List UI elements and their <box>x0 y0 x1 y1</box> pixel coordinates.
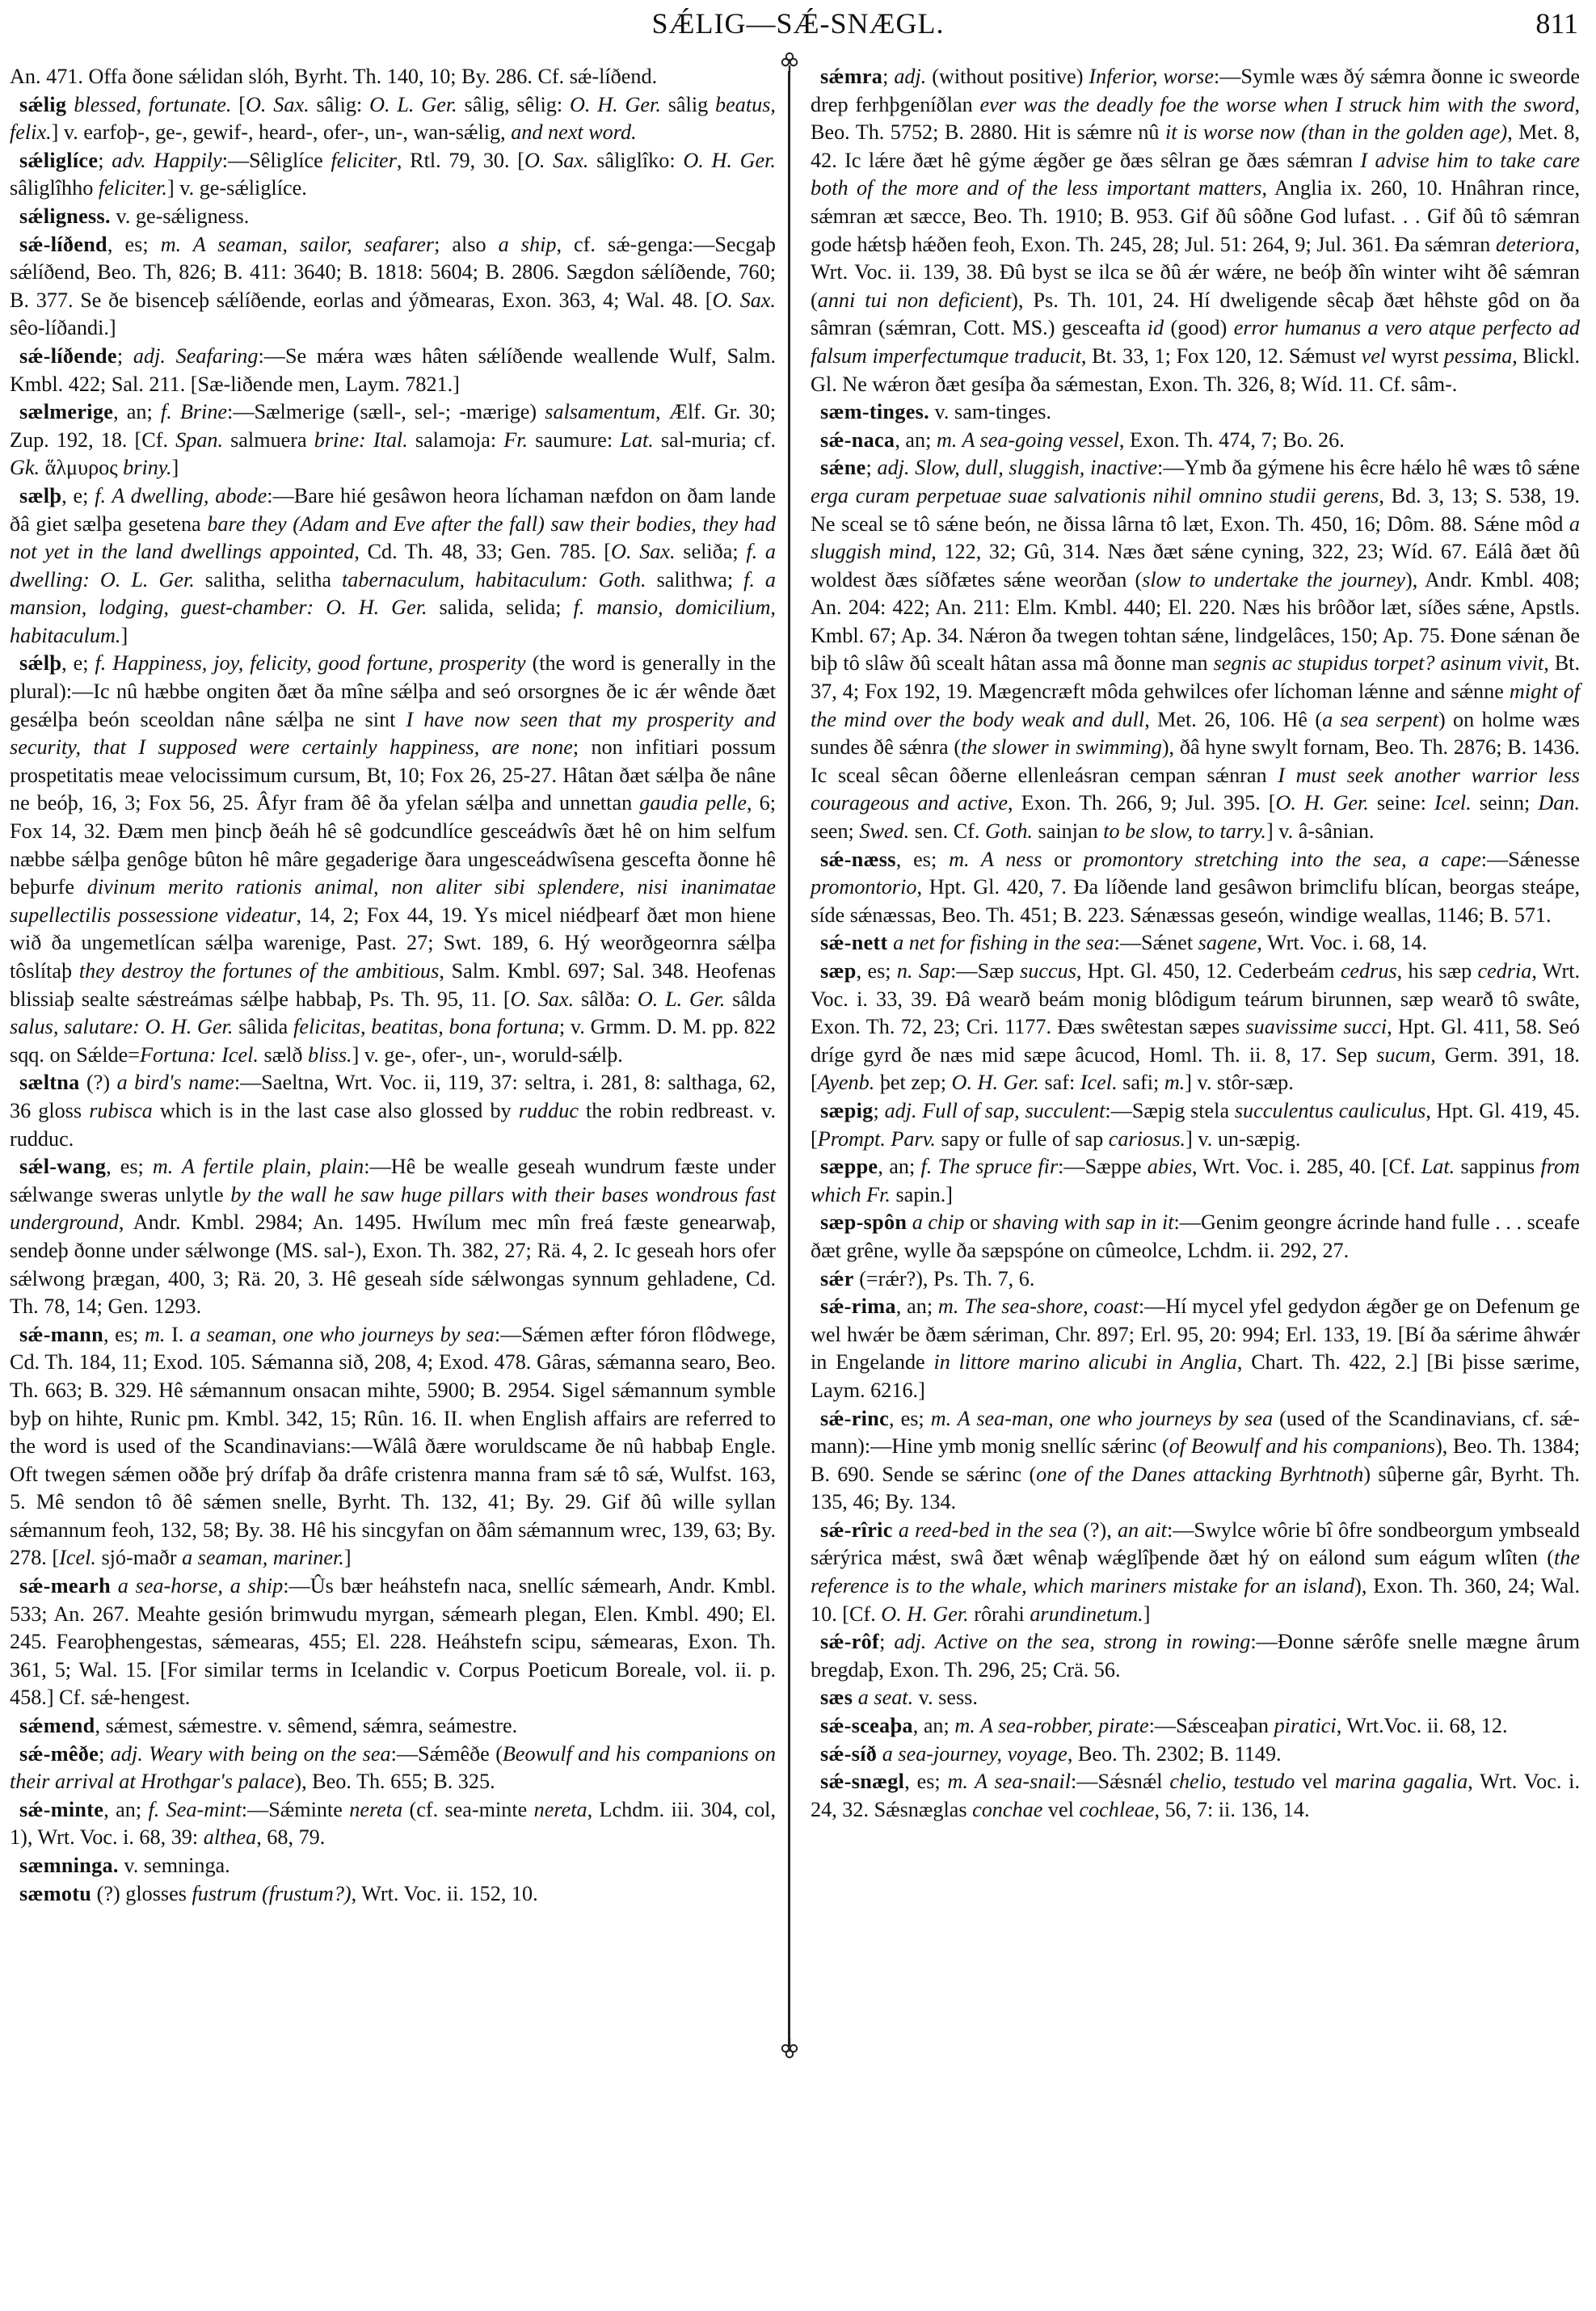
italic-gloss: sagene <box>1198 931 1257 954</box>
italic-gloss: m. A seaman, sailor, seafarer <box>161 233 434 256</box>
entry-text: ] v. un-sæpig. <box>1185 1127 1300 1151</box>
italic-gloss: a seaman, mariner. <box>182 1546 344 1569</box>
entry-text: :—Sælmerige (sæll-, sel-; -mærige) <box>227 400 545 423</box>
dictionary-entry: sæmotu (?) glosses fustrum (frustum?), W… <box>10 1880 776 1909</box>
entry-text: sâliglîko: <box>588 149 683 172</box>
italic-gloss: cedrus <box>1341 959 1397 983</box>
italic-gloss: a chip <box>912 1210 965 1234</box>
entry-text: ] <box>1143 1602 1151 1626</box>
entry-text: v. sess. <box>913 1686 978 1709</box>
italic-gloss: O. Sax. <box>524 149 589 172</box>
entry-text: sâlða: <box>574 987 638 1011</box>
entry-text: :—Sæpig stela <box>1105 1099 1234 1122</box>
dictionary-entry: sǽ-mêðe; adj. Weary with being on the se… <box>10 1741 776 1796</box>
italic-gloss: O. Sax. <box>712 288 776 312</box>
italic-gloss: they destroy the fortunes of the ambitio… <box>79 959 440 983</box>
italic-gloss: O. H. Ger. <box>570 93 661 116</box>
italic-gloss: f. Sea-mint <box>148 1798 241 1821</box>
italic-gloss: promontorio <box>811 875 916 899</box>
dictionary-entry: sæp, es; n. Sap:—Sæp succus, Hpt. Gl. 45… <box>811 958 1580 1097</box>
entry-text: , Wrt.Voc. ii. 68, 12. <box>1337 1714 1508 1737</box>
headword: sǽl-wang <box>19 1155 106 1178</box>
entry-text: ; <box>866 456 878 479</box>
headword: sǽ-mearh <box>19 1574 111 1597</box>
italic-gloss: O. Sax. <box>611 540 676 563</box>
right-column: sǽmra; adj. (without positive) Inferior,… <box>811 63 1580 1824</box>
page-number: 811 <box>1535 6 1578 40</box>
dictionary-entry: sǽ-líðend, es; m. A seaman, sailor, seaf… <box>10 231 776 343</box>
italic-gloss: O. L. Ger. <box>638 987 726 1011</box>
dictionary-entry: sǽ-líðende; adj. Seafaring:—Se mǽra wæs … <box>10 343 776 398</box>
entry-text: or <box>965 1210 993 1234</box>
entry-text: ] v. ge-sǽliglíce. <box>167 176 307 200</box>
entry-text: :—Sǽmen æfter fóron flôdwege, Cd. Th. 18… <box>10 1323 776 1570</box>
entry-text: , es; <box>107 233 161 256</box>
entry-text: ; <box>879 1630 894 1653</box>
headword: sǽne <box>820 456 866 479</box>
italic-gloss: m. A sea-snail <box>947 1770 1071 1793</box>
italic-gloss: chelio, testudo <box>1169 1770 1295 1793</box>
entry-text: sen. Cf. <box>909 819 985 843</box>
entry-text: salitha, selitha <box>195 568 342 591</box>
entry-text: , e; <box>61 484 95 507</box>
italic-gloss: a sea-journey, voyage <box>882 1742 1068 1766</box>
italic-gloss: adj. Full of sap, succulent <box>885 1099 1105 1122</box>
headword: sǽ-rima <box>820 1294 896 1318</box>
italic-gloss: f. The spruce fir <box>921 1155 1059 1178</box>
italic-gloss: nereta <box>349 1798 402 1821</box>
italic-gloss: bliss. <box>308 1043 352 1067</box>
italic-gloss: O. H. Ger. <box>952 1071 1039 1094</box>
italic-gloss: a sea-horse, a ship <box>118 1574 284 1597</box>
italic-gloss: id <box>1148 316 1164 339</box>
dictionary-entry: sǽr (=rǽr?), Ps. Th. 7, 6. <box>811 1265 1580 1294</box>
headword: sǽ-snægl <box>820 1770 904 1793</box>
italic-gloss: adj. <box>894 65 926 88</box>
entry-text: sâlig, sêlig: <box>457 93 570 116</box>
entry-text: ] v. â-sânian. <box>1266 819 1375 843</box>
entry-text <box>111 1574 118 1597</box>
entry-text: , es; <box>857 959 897 983</box>
entry-text: , Bt. 33, 1; Fox 120, 12. Sǽmust <box>1081 344 1362 368</box>
entry-text: (=rǽr?), Ps. Th. 7, 6. <box>854 1267 1035 1290</box>
italic-gloss: blessed, fortunate. <box>74 93 231 116</box>
headword: sǽ-mêðe <box>19 1742 99 1766</box>
dictionary-entry: sǽliglíce; adv. Happily:—Sêliglíce felic… <box>10 147 776 203</box>
italic-gloss: deteriora <box>1496 233 1574 256</box>
italic-gloss: adj. Seafaring <box>133 344 259 368</box>
entry-text: , Hpt. Gl. 420, 7. Ða líðende land gesâw… <box>811 875 1580 927</box>
entry-text: salida, selida; <box>427 596 574 619</box>
italic-gloss: m. <box>1164 1071 1185 1094</box>
headword: sǽliglíce <box>19 149 98 172</box>
headword: sǽlþ <box>19 651 61 675</box>
entry-text: seliða; <box>676 540 747 563</box>
italic-gloss: vel <box>1362 344 1387 368</box>
headword: sǽ-síð <box>820 1742 877 1766</box>
entry-text: which is in the last case also glossed b… <box>153 1099 519 1122</box>
dictionary-entry: sǽne; adj. Slow, dull, sluggish, inactiv… <box>811 454 1580 845</box>
italic-gloss: an ait <box>1118 1518 1167 1542</box>
italic-gloss: Icel. <box>59 1546 96 1569</box>
dictionary-entry: sǽlþ, e; f. Happiness, joy, felicity, go… <box>10 650 776 1069</box>
entry-text: :—Sǽsnǽl <box>1071 1770 1169 1793</box>
entry-text: :—Sǽmêðe ( <box>391 1742 503 1766</box>
italic-gloss: m. A sea-robber, pirate <box>954 1714 1148 1737</box>
italic-gloss: a ship <box>499 233 557 256</box>
entry-text: , Wrt. Voc. i. 285, 40. [Cf. <box>1192 1155 1421 1178</box>
entry-text: salamoja: <box>408 428 504 452</box>
italic-gloss: felicitas, beatitas, bona fortuna <box>293 1015 559 1038</box>
entry-text: , his sæp <box>1397 959 1478 983</box>
italic-gloss: briny. <box>123 456 171 479</box>
italic-gloss: succulentus cauliculus <box>1235 1099 1426 1122</box>
dictionary-entry: An. 471. Offa ðone sǽlidan slóh, Byrht. … <box>10 63 776 91</box>
headword: sǽlig <box>19 93 74 116</box>
italic-gloss: shaving with sap in it <box>992 1210 1173 1234</box>
dictionary-entry: sæs a seat. v. sess. <box>811 1684 1580 1712</box>
italic-gloss: a bird's name <box>117 1071 234 1094</box>
italic-gloss: Gk. <box>10 456 40 479</box>
headword: sælþ <box>19 484 61 507</box>
entry-text: , Cd. Th. 48, 33; Gen. 785. [ <box>354 540 611 563</box>
italic-gloss: salsamentum <box>545 400 655 423</box>
entry-text: , Beo. Th. 2302; B. 1149. <box>1068 1742 1282 1766</box>
left-column: An. 471. Offa ðone sǽlidan slóh, Byrht. … <box>10 63 776 1908</box>
italic-gloss: sucum <box>1376 1043 1430 1067</box>
dictionary-entry: sǽ-mearh a sea-horse, a ship:—Ûs bær heá… <box>10 1572 776 1712</box>
headword: sæppe <box>820 1155 878 1178</box>
entry-text: seine: <box>1369 791 1434 815</box>
entry-text: salithwa; <box>646 568 744 591</box>
headword: sæp <box>820 959 857 983</box>
italic-gloss: n. Sap <box>897 959 950 983</box>
headword: sæp-spôn <box>820 1210 907 1234</box>
italic-gloss: marina gagalia <box>1335 1770 1468 1793</box>
headword: sæs <box>820 1686 853 1709</box>
entry-text: , an; <box>113 400 161 423</box>
entry-text: saumure: <box>528 428 620 452</box>
italic-gloss: a seaman, one who journeys by sea <box>190 1323 495 1346</box>
entry-text: , es; <box>889 1407 931 1430</box>
entry-text: , an; <box>895 428 937 452</box>
italic-gloss: anni tui non deficient <box>818 288 1012 312</box>
headword: sǽligness. <box>19 204 111 228</box>
headword: sæltna <box>19 1071 80 1094</box>
italic-gloss: cedria <box>1478 959 1532 983</box>
entry-text: , Rtl. 79, 30. [ <box>397 149 524 172</box>
entry-text: ; <box>117 344 133 368</box>
entry-text: ] <box>120 624 128 647</box>
entry-text: :—Sǽminte <box>242 1798 349 1821</box>
running-head-title: SǼLIG—SǼ-SNÆGL. <box>0 6 1596 40</box>
italic-gloss: m. A fertile plain, plain <box>153 1155 364 1178</box>
headword: sǽr <box>820 1267 854 1290</box>
headword: sǽ-næss <box>820 848 896 871</box>
italic-gloss: piratici <box>1274 1714 1337 1737</box>
dictionary-entry: sǽmend, sǽmest, sǽmestre. v. sêmend, sǽm… <box>10 1712 776 1741</box>
entry-text: , an; <box>913 1714 955 1737</box>
italic-gloss: to be slow, to tarry. <box>1103 819 1266 843</box>
entry-text: , sǽmest, sǽmestre. v. sêmend, sǽmra, se… <box>95 1714 517 1737</box>
italic-gloss: abies <box>1148 1155 1192 1178</box>
entry-text: v. sam-tinges. <box>929 400 1051 423</box>
italic-gloss: in littore marino alicubi in Anglia <box>933 1350 1236 1374</box>
headword: sǽ-líðend <box>19 233 107 256</box>
entry-text: ; <box>99 1742 111 1766</box>
entry-text: (cf. sea-minte <box>402 1798 533 1821</box>
entry-text: :—Sǽnesse <box>1481 848 1580 871</box>
italic-gloss: f. Happiness, joy, felicity, good fortun… <box>95 651 525 675</box>
italic-gloss: f. Brine <box>161 400 227 423</box>
headword: sǽ-rîric <box>820 1518 893 1542</box>
italic-gloss: m. The sea-shore, coast <box>938 1294 1139 1318</box>
headword: sæmninga. <box>19 1854 119 1877</box>
dictionary-entry: sælmerige, an; f. Brine:—Sælmerige (sæll… <box>10 398 776 482</box>
entry-text: , Exon. Th. 474, 7; Bo. 26. <box>1119 428 1345 452</box>
entry-text: ] v. earfoþ-, ge-, gewif-, heard-, ofer-… <box>52 120 512 144</box>
entry-text: ; <box>874 1099 885 1122</box>
entry-text: :—Ymb ða gýmene his êcre hǽlo hê wæs tô … <box>1157 456 1580 479</box>
dictionary-entry: sǽ-rôf; adj. Active on the sea, strong i… <box>811 1628 1580 1684</box>
italic-gloss: feliciter. <box>99 176 167 200</box>
entry-text: sappinus <box>1455 1155 1540 1178</box>
italic-gloss: Span. <box>175 428 223 452</box>
italic-gloss: ever was the deadly foe the worse when I… <box>980 93 1575 116</box>
italic-gloss: tabernaculum, habitaculum: Goth. <box>342 568 646 591</box>
headword: sǽ-líðende <box>19 344 117 368</box>
italic-gloss: f. A dwelling, abode <box>95 484 267 507</box>
entry-text: sainjan <box>1033 819 1103 843</box>
italic-gloss: rubisca <box>89 1099 153 1122</box>
italic-gloss: althea <box>204 1825 256 1849</box>
italic-gloss: m. A ness <box>949 848 1042 871</box>
column-divider-rule <box>788 71 790 2047</box>
entry-text: v. ge-sǽligness. <box>111 204 249 228</box>
entry-text: v. semninga. <box>119 1854 230 1877</box>
italic-gloss: Icel. <box>1080 1071 1118 1094</box>
entry-text: sjó-maðr <box>96 1546 182 1569</box>
headword: sǽmra <box>820 65 882 88</box>
entry-text: þet zep; <box>874 1071 951 1094</box>
trefoil-ornament-icon <box>779 2038 800 2059</box>
italic-gloss: m. A sea-man, one who journeys by sea <box>931 1407 1273 1430</box>
italic-gloss: a sea serpent <box>1322 708 1438 731</box>
italic-gloss: arundinetum. <box>1030 1602 1143 1626</box>
entry-text: , Hpt. Gl. 450, 12. Cederbeám <box>1076 959 1341 983</box>
entry-text: , 68, 79. <box>256 1825 325 1849</box>
italic-gloss: the slower in swimming <box>961 735 1162 759</box>
italic-gloss: brine: Ital. <box>314 428 408 452</box>
italic-gloss: O. H. Ger. <box>683 149 776 172</box>
italic-gloss: m. <box>145 1323 165 1346</box>
entry-text: safi; <box>1118 1071 1164 1094</box>
entry-text: rôrahi <box>969 1602 1030 1626</box>
entry-text: I. <box>165 1323 190 1346</box>
italic-gloss: a net for fishing in the sea <box>893 931 1114 954</box>
entry-text: or <box>1042 848 1083 871</box>
entry-text: sâlig <box>661 93 715 116</box>
entry-text: saf: <box>1039 1071 1080 1094</box>
italic-gloss: Goth. <box>985 819 1033 843</box>
italic-gloss: O. Sax. <box>511 987 575 1011</box>
entry-text: , an; <box>896 1294 938 1318</box>
italic-gloss: cochleae <box>1079 1798 1154 1821</box>
entry-text: :—Sæp <box>950 959 1020 983</box>
italic-gloss: pessima <box>1444 344 1512 368</box>
dictionary-entry: sǽ-nett a net for fishing in the sea:—Sǽ… <box>811 929 1580 958</box>
italic-gloss: adv. Happily <box>112 149 221 172</box>
italic-gloss: slow to undertake the journey <box>1142 568 1405 591</box>
headword: sǽ-minte <box>19 1798 103 1821</box>
entry-text: , Wrt. Voc. ii. 152, 10. <box>352 1882 538 1905</box>
entry-text: [ <box>231 93 246 116</box>
entry-text: (?) <box>80 1071 117 1094</box>
entry-text: :—Sêliglíce <box>222 149 331 172</box>
dictionary-entry: sǽ-mann, es; m. I. a seaman, one who jou… <box>10 1321 776 1572</box>
entry-text: sâlida <box>233 1015 293 1038</box>
entry-text: ), Beo. Th. 655; B. 325. <box>294 1770 495 1793</box>
headword: sæmotu <box>19 1882 91 1905</box>
italic-gloss: O. L. Ger. <box>369 93 457 116</box>
entry-text: ; <box>882 65 894 88</box>
dictionary-entry: sǽligness. v. ge-sǽligness. <box>10 203 776 231</box>
italic-gloss: fustrum (frustum?) <box>192 1882 351 1905</box>
dictionary-entry: sǽ-naca, an; m. A sea-going vessel, Exon… <box>811 427 1580 455</box>
entry-text: sêo-líðandi.] <box>10 316 116 339</box>
dictionary-entry: sælþ, e; f. A dwelling, abode:—Bare hié … <box>10 482 776 650</box>
entry-text: salmuera <box>223 428 314 452</box>
entry-text: (good) <box>1164 316 1234 339</box>
entry-text: sapin.] <box>891 1183 953 1206</box>
italic-gloss: erga curam perpetuae suae salvationis ni… <box>811 484 1379 507</box>
headword: sǽ-rinc <box>820 1407 889 1430</box>
headword: sǽ-nett <box>820 931 888 954</box>
dictionary-entry: sǽlig blessed, fortunate. [O. Sax. sâlig… <box>10 91 776 147</box>
italic-gloss: suavissime succi <box>1245 1015 1387 1038</box>
entry-text: , es; <box>103 1323 145 1346</box>
italic-gloss: cariosus. <box>1109 1127 1185 1151</box>
italic-gloss: adj. Slow, dull, sluggish, inactive <box>878 456 1157 479</box>
italic-gloss: salus, salutare: O. H. Ger. <box>10 1015 233 1038</box>
italic-gloss: segnis ac stupidus torpet? asinum vivit <box>1214 651 1544 675</box>
dictionary-entry: sǽ-rîric a reed-bed in the sea (?), an a… <box>811 1517 1580 1628</box>
page-header: SǼLIG—SǼ-SNÆGL. 811 <box>0 0 1596 48</box>
italic-gloss: O. Sax. <box>246 93 310 116</box>
italic-gloss: O. H. Ger. <box>1276 791 1369 815</box>
italic-gloss: a reed-bed in the sea <box>899 1518 1077 1542</box>
entry-text: sal-muria; cf. <box>654 428 776 452</box>
headword: sǽ-sceaþa <box>820 1714 913 1737</box>
headword: sæm-tinges. <box>820 400 929 423</box>
italic-gloss: nereta <box>534 1798 587 1821</box>
entry-text: , es; <box>106 1155 153 1178</box>
entry-text: sâlda <box>725 987 776 1011</box>
italic-gloss: feliciter <box>331 149 396 172</box>
italic-gloss: of Beowulf and his companions <box>1169 1434 1435 1458</box>
dictionary-entry: sæltna (?) a bird's name:—Saeltna, Wrt. … <box>10 1069 776 1153</box>
entry-text: , es; <box>904 1770 947 1793</box>
entry-text: :—Sǽsceaþan <box>1149 1714 1274 1737</box>
italic-gloss: Fr. <box>503 428 528 452</box>
dictionary-entry: sæp-spôn a chip or shaving with sap in i… <box>811 1209 1580 1265</box>
headword: sæpig <box>820 1099 874 1122</box>
italic-gloss: conchae <box>972 1798 1042 1821</box>
dictionary-entry: sǽ-rinc, es; m. A sea-man, one who journ… <box>811 1405 1580 1517</box>
entry-text: sâlig: <box>310 93 369 116</box>
italic-gloss: a seat. <box>858 1686 913 1709</box>
italic-gloss: adj. Active on the sea, strong in rowing <box>894 1630 1250 1653</box>
italic-gloss: gaudia pelle <box>639 791 747 815</box>
dictionary-entry: sǽl-wang, es; m. A fertile plain, plain:… <box>10 1153 776 1321</box>
entry-text: , an; <box>878 1155 920 1178</box>
entry-text: :—Sǽnet <box>1114 931 1198 954</box>
italic-gloss: Lat. <box>1421 1155 1455 1178</box>
dictionary-entry: sæppe, an; f. The spruce fir:—Sæppe abie… <box>811 1153 1580 1209</box>
italic-gloss: it is worse now (than in the golden age) <box>1165 120 1507 144</box>
italic-gloss: Swed. <box>859 819 909 843</box>
dictionary-entry: sæmninga. v. semninga. <box>10 1852 776 1880</box>
italic-gloss: succus <box>1020 959 1076 983</box>
italic-gloss: promontory stretching into the sea, a ca… <box>1084 848 1481 871</box>
dictionary-entry: sǽmra; adj. (without positive) Inferior,… <box>811 63 1580 398</box>
dictionary-entry: sǽ-rima, an; m. The sea-shore, coast:—Hí… <box>811 1293 1580 1404</box>
entry-text: , Wrt. Voc. i. 68, 14. <box>1257 931 1427 954</box>
entry-text: (?), <box>1077 1518 1118 1542</box>
italic-gloss: Inferior, worse <box>1089 65 1214 88</box>
headword: sǽ-mann <box>19 1323 103 1346</box>
entry-text <box>893 1518 899 1542</box>
entry-text: ] <box>172 456 179 479</box>
entry-text: , e; <box>61 651 95 675</box>
entry-text: ] v. ge-, ofer-, un-, woruld-sǽlþ. <box>352 1043 623 1067</box>
entry-text: sapy or fulle of sap <box>936 1127 1109 1151</box>
italic-gloss: adj. Weary with being on the sea <box>111 1742 391 1766</box>
entry-text: , Andr. Kmbl. 2984; An. 1495. Hwílum mec… <box>10 1210 776 1318</box>
entry-text: sâliglîhho <box>10 176 99 200</box>
entry-text: An. 471. Offa ðone sǽlidan slóh, Byrht. … <box>10 65 657 88</box>
entry-text: , es; <box>896 848 949 871</box>
entry-text: ; also <box>434 233 499 256</box>
italic-gloss: Ayenb. <box>818 1071 875 1094</box>
dictionary-entry: sǽ-sceaþa, an; m. A sea-robber, pirate:—… <box>811 1712 1580 1741</box>
trefoil-ornament-icon <box>779 52 800 73</box>
italic-gloss: Fortuna: Icel. <box>140 1043 259 1067</box>
dictionary-entry: sæm-tinges. v. sam-tinges. <box>811 398 1580 427</box>
entry-text: (?) glosses <box>91 1882 192 1905</box>
entry-text: vel <box>1042 1798 1079 1821</box>
entry-text: (without positive) <box>926 65 1089 88</box>
entry-text: ] v. stôr-sæp. <box>1185 1071 1294 1094</box>
dictionary-entry: sǽ-næss, es; m. A ness or promontory str… <box>811 846 1580 930</box>
entry-text: , an; <box>103 1798 148 1821</box>
italic-gloss: rudduc <box>519 1099 579 1122</box>
headword: sǽ-naca <box>820 428 895 452</box>
entry-text: ; <box>98 149 112 172</box>
dictionary-entry: sǽ-minte, an; f. Sea-mint:—Sǽminte neret… <box>10 1796 776 1852</box>
italic-gloss: Lat. <box>620 428 653 452</box>
entry-text: ] <box>344 1546 352 1569</box>
dictionary-entry: sæpig; adj. Full of sap, succulent:—Sæpi… <box>811 1097 1580 1153</box>
entry-text: , Met. 26, 106. Hê ( <box>1144 708 1322 731</box>
entry-text: sælð <box>259 1043 308 1067</box>
headword: sælmerige <box>19 400 113 423</box>
entry-text: seen; <box>811 819 859 843</box>
headword: sǽmend <box>19 1714 95 1737</box>
italic-gloss: m. A sea-going vessel <box>937 428 1119 452</box>
dictionary-entry: sǽ-síð a sea-journey, voyage, Beo. Th. 2… <box>811 1741 1580 1769</box>
entry-text: seinn; <box>1472 791 1539 815</box>
